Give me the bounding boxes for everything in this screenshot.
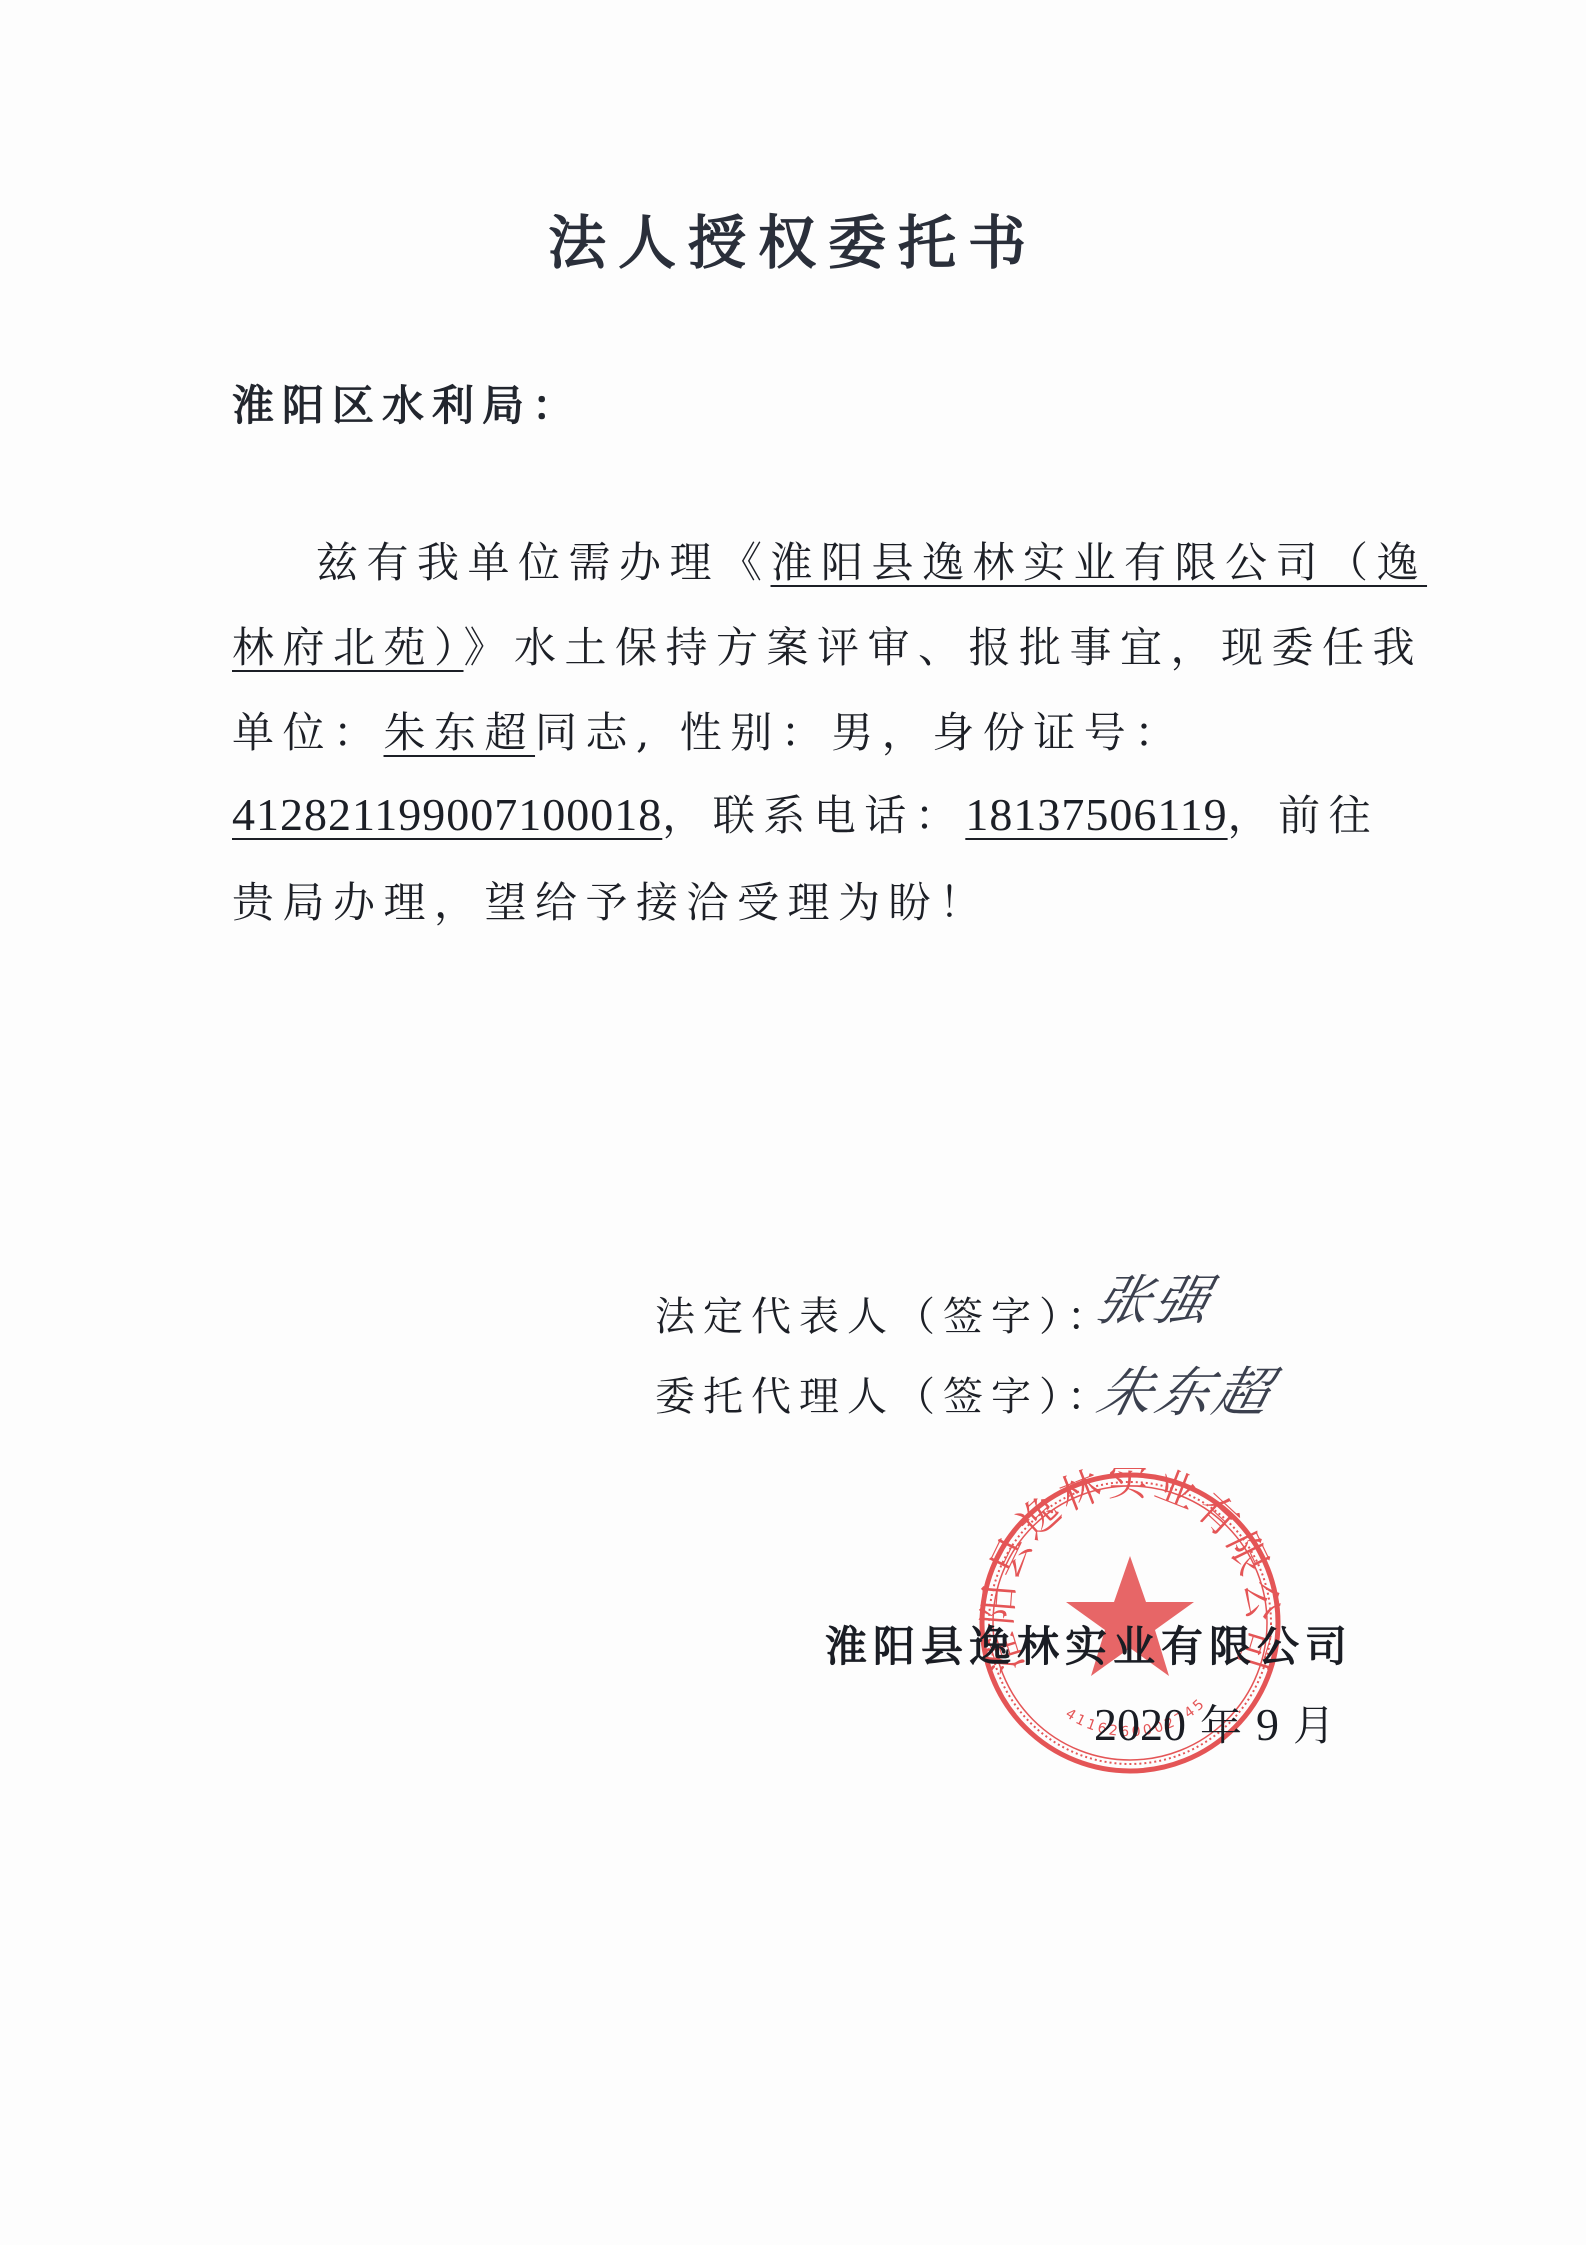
legal-rep-label: 法定代表人（签字）： bbox=[655, 1294, 1115, 1340]
body-text: ，联系电话： bbox=[662, 791, 965, 840]
body-text: ，前往 bbox=[1228, 791, 1380, 840]
body-text: 》水土保持方案评审、报批事宜，现委任我 bbox=[464, 623, 1424, 672]
document-title: 法人授权委托书 bbox=[0, 196, 1586, 280]
company-name: 淮阳县逸林实业有限公司 bbox=[825, 1614, 1353, 1674]
agent-label: 委托代理人（签字）： bbox=[655, 1374, 1115, 1420]
body-text: 同志, 性别：男，身份证号： bbox=[535, 708, 1185, 757]
date-month-unit: 月 bbox=[1293, 1701, 1335, 1750]
agent-signature-line: 委托代理人（签字）： bbox=[655, 1365, 1115, 1422]
date-year: 2020 bbox=[1094, 1699, 1186, 1750]
project-name-continued: 林府北苑） bbox=[232, 623, 464, 672]
legal-rep-signature-line: 法定代表人（签字）： bbox=[655, 1285, 1115, 1342]
date-year-unit: 年 bbox=[1200, 1701, 1242, 1750]
body-line-1: 兹有我单位需办理《淮阳县逸林实业有限公司（逸 bbox=[316, 530, 1427, 590]
project-name: 淮阳县逸林实业有限公司（逸 bbox=[771, 538, 1428, 587]
phone-number: 18137506119 bbox=[965, 789, 1227, 840]
id-number: 412821199007100018 bbox=[232, 789, 662, 840]
legal-rep-signature: 张强 bbox=[1088, 1258, 1223, 1335]
document-date: 2020年9月 bbox=[1094, 1693, 1335, 1753]
body-line-4: 412821199007100018，联系电话：18137506119，前往 bbox=[232, 783, 1379, 843]
body-text: 贵局办理，望给予接洽受理为盼！ bbox=[232, 878, 990, 927]
agent-signature: 朱东超 bbox=[1090, 1350, 1283, 1427]
body-line-3: 单位：朱东超同志, 性别：男，身份证号： bbox=[232, 700, 1185, 760]
body-text: 兹有我单位需办理《 bbox=[316, 538, 771, 587]
addressee: 淮阳区水利局： bbox=[232, 373, 582, 433]
body-text: 单位： bbox=[232, 708, 384, 757]
date-month: 9 bbox=[1256, 1699, 1279, 1750]
document-page: 法人授权委托书 淮阳区水利局： 兹有我单位需办理《淮阳县逸林实业有限公司（逸 林… bbox=[0, 0, 1586, 2245]
body-line-2: 林府北苑）》水土保持方案评审、报批事宜，现委任我 bbox=[232, 615, 1423, 675]
agent-name: 朱东超 bbox=[384, 708, 536, 757]
body-line-5: 贵局办理，望给予接洽受理为盼！ bbox=[232, 870, 990, 930]
